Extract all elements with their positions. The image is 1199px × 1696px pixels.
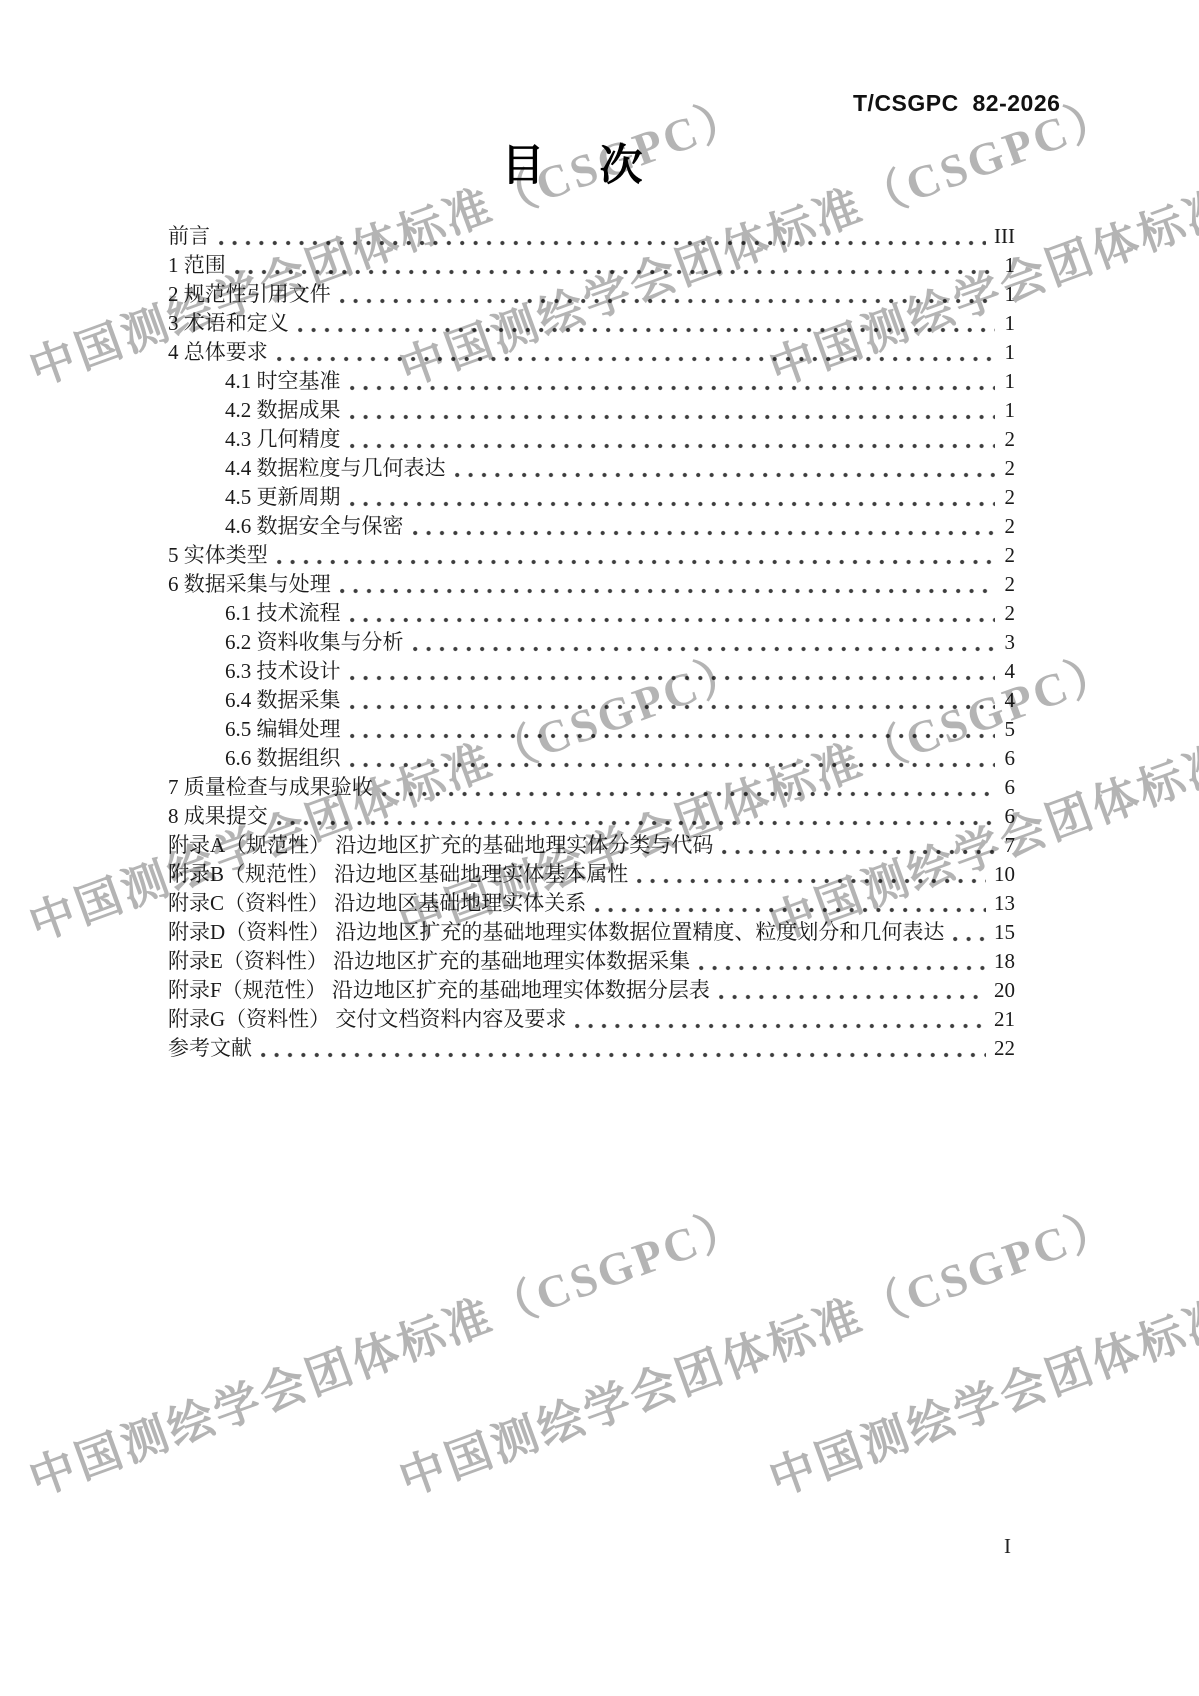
- toc-entry-page: 21: [994, 1005, 1015, 1034]
- dot-leader: [595, 889, 986, 918]
- toc-entry-page: 2: [1003, 512, 1015, 541]
- toc-entry-label: 4.2 数据成果: [225, 396, 341, 425]
- toc-entry: 附录D（资料性） 沿边地区扩充的基础地理实体数据位置精度、粒度划分和几何表达 1…: [168, 918, 1015, 947]
- dot-leader: [575, 1005, 986, 1034]
- dot-leader: [277, 338, 995, 367]
- toc-entry: 3 术语和定义 1: [168, 309, 1015, 338]
- toc-entry-page: 1: [1003, 396, 1015, 425]
- toc-entry-label: 6.5 编辑处理: [225, 715, 341, 744]
- toc-entry: 6.1 技术流程 2: [168, 599, 1015, 628]
- toc-entry-label: 6.4 数据采集: [225, 686, 341, 715]
- dot-leader: [277, 541, 995, 570]
- toc-entry-label: 6.3 技术设计: [225, 657, 341, 686]
- toc-entry-label: 6.1 技术流程: [225, 599, 341, 628]
- toc-entry-page: 20: [994, 976, 1015, 1005]
- toc-entry-page: 4: [1003, 686, 1015, 715]
- toc-entry: 4.6 数据安全与保密 2: [168, 512, 1015, 541]
- toc-entry-page: 1: [1003, 367, 1015, 396]
- toc-entry-label: 附录F（规范性） 沿边地区扩充的基础地理实体数据分层表: [168, 976, 710, 1005]
- standard-code: T/CSGPC 82-2026: [853, 90, 1060, 117]
- toc-entry-page: 1: [1003, 338, 1015, 367]
- toc-entry-page: 2: [1003, 425, 1015, 454]
- toc-entry-page: 2: [1003, 454, 1015, 483]
- toc-entry-page: III: [994, 222, 1015, 251]
- toc-entry: 6.3 技术设计 4: [168, 657, 1015, 686]
- dot-leader: [350, 425, 996, 454]
- toc-entry: 附录A（规范性） 沿边地区扩充的基础地理实体分类与代码 7: [168, 831, 1015, 860]
- toc-entry-label: 2 规范性引用文件: [168, 280, 331, 309]
- dot-leader: [382, 773, 995, 802]
- toc-entry-label: 附录A（规范性） 沿边地区扩充的基础地理实体分类与代码: [168, 831, 713, 860]
- toc-entry-label: 4.3 几何精度: [225, 425, 341, 454]
- toc-entry-page: 2: [1003, 570, 1015, 599]
- toc-entry: 8 成果提交 6: [168, 802, 1015, 831]
- watermark-text: 中国测绘学会团体标准（CSGPC）: [759, 1187, 1199, 1509]
- dot-leader: [350, 599, 996, 628]
- toc-entry-label: 4.1 时空基准: [225, 367, 341, 396]
- toc-entry-page: 6: [1003, 773, 1015, 802]
- toc-entry-page: 18: [994, 947, 1015, 976]
- toc-entry: 4.4 数据粒度与几何表达 2: [168, 454, 1015, 483]
- toc-entry: 附录G（资料性） 交付文档资料内容及要求 21: [168, 1005, 1015, 1034]
- dot-leader: [340, 280, 995, 309]
- toc-entry-label: 参考文献: [168, 1034, 252, 1063]
- toc-entry-label: 附录D（资料性） 沿边地区扩充的基础地理实体数据位置精度、粒度划分和几何表达: [168, 918, 944, 947]
- toc-entry-page: 2: [1003, 541, 1015, 570]
- toc-entry-label: 6.6 数据组织: [225, 744, 341, 773]
- dot-leader: [350, 686, 996, 715]
- toc-entry: 4.2 数据成果 1: [168, 396, 1015, 425]
- toc-entry: 5 实体类型 2: [168, 541, 1015, 570]
- page-title: 目 次: [0, 132, 1150, 193]
- dot-leader: [413, 512, 996, 541]
- toc-entry-page: 1: [1003, 251, 1015, 280]
- dot-leader: [350, 657, 996, 686]
- toc-entry-page: 15: [994, 918, 1015, 947]
- toc-entry-label: 4.5 更新周期: [225, 483, 341, 512]
- toc-entry-label: 附录G（资料性） 交付文档资料内容及要求: [168, 1005, 566, 1034]
- dot-leader: [340, 570, 995, 599]
- watermark-text: 中国测绘学会团体标准（CSGPC）: [389, 1187, 1125, 1509]
- toc-entry-label: 5 实体类型: [168, 541, 268, 570]
- toc-entry-page: 6: [1003, 744, 1015, 773]
- toc-entry-page: 22: [994, 1034, 1015, 1063]
- dot-leader: [350, 483, 996, 512]
- dot-leader: [350, 744, 996, 773]
- dot-leader: [455, 454, 996, 483]
- toc-entry: 4 总体要求 1: [168, 338, 1015, 367]
- toc-entry-label: 附录B（规范性） 沿边地区基础地理实体基本属性: [168, 860, 628, 889]
- toc-entry-page: 2: [1003, 599, 1015, 628]
- dot-leader: [719, 976, 986, 1005]
- toc-entry-page: 2: [1003, 483, 1015, 512]
- toc-entry: 2 规范性引用文件 1: [168, 280, 1015, 309]
- toc-entry-label: 7 质量检查与成果验收: [168, 773, 373, 802]
- dot-leader: [722, 831, 995, 860]
- dot-leader: [350, 367, 996, 396]
- toc-entry-label: 4.4 数据粒度与几何表达: [225, 454, 446, 483]
- toc-entry-page: 10: [994, 860, 1015, 889]
- dot-leader: [261, 1034, 986, 1063]
- toc-entry: 附录C（资料性） 沿边地区基础地理实体关系 13: [168, 889, 1015, 918]
- toc-entry-page: 5: [1003, 715, 1015, 744]
- dot-leader: [277, 802, 995, 831]
- dot-leader: [413, 628, 996, 657]
- watermark-text: 中国测绘学会团体标准（CSGPC）: [19, 1187, 755, 1509]
- toc-entry: 6 数据采集与处理 2: [168, 570, 1015, 599]
- toc-entry-page: 13: [994, 889, 1015, 918]
- toc-entry: 6.5 编辑处理 5: [168, 715, 1015, 744]
- dot-leader: [350, 396, 996, 425]
- toc-entry: 参考文献 22: [168, 1034, 1015, 1063]
- toc-entry-label: 附录C（资料性） 沿边地区基础地理实体关系: [168, 889, 586, 918]
- toc-entry: 6.2 资料收集与分析 3: [168, 628, 1015, 657]
- toc-entry-label: 4 总体要求: [168, 338, 268, 367]
- dot-leader: [953, 918, 986, 947]
- toc-entry: 4.1 时空基准 1: [168, 367, 1015, 396]
- dot-leader: [350, 715, 996, 744]
- dot-leader: [699, 947, 986, 976]
- toc-entry-page: 7: [1003, 831, 1015, 860]
- toc-entry-page: 3: [1003, 628, 1015, 657]
- dot-leader: [235, 251, 995, 280]
- toc-entry-label: 6 数据采集与处理: [168, 570, 331, 599]
- dot-leader: [637, 860, 986, 889]
- toc-entry-page: 1: [1003, 280, 1015, 309]
- toc-entry-label: 4.6 数据安全与保密: [225, 512, 404, 541]
- dot-leader: [298, 309, 995, 338]
- document-page: T/CSGPC 82-2026 目 次 前言 III 1 范围 1 2 规范性引…: [0, 0, 1199, 1696]
- toc-entry: 附录B（规范性） 沿边地区基础地理实体基本属性 10: [168, 860, 1015, 889]
- toc-entry-label: 附录E（资料性） 沿边地区扩充的基础地理实体数据采集: [168, 947, 690, 976]
- toc-entry-page: 6: [1003, 802, 1015, 831]
- toc-entry: 4.3 几何精度 2: [168, 425, 1015, 454]
- toc-entry: 附录F（规范性） 沿边地区扩充的基础地理实体数据分层表 20: [168, 976, 1015, 1005]
- toc-entry-label: 1 范围: [168, 251, 226, 280]
- toc-entry: 6.6 数据组织 6: [168, 744, 1015, 773]
- footer-page-number: I: [1004, 1534, 1011, 1559]
- table-of-contents: 前言 III 1 范围 1 2 规范性引用文件 1 3 术语和定义 1 4 总体…: [168, 222, 1015, 1063]
- toc-entry-label: 6.2 资料收集与分析: [225, 628, 404, 657]
- toc-entry-label: 3 术语和定义: [168, 309, 289, 338]
- toc-entry: 6.4 数据采集 4: [168, 686, 1015, 715]
- toc-entry-label: 8 成果提交: [168, 802, 268, 831]
- toc-entry-page: 1: [1003, 309, 1015, 338]
- dot-leader: [219, 222, 986, 251]
- toc-entry: 7 质量检查与成果验收 6: [168, 773, 1015, 802]
- toc-entry: 附录E（资料性） 沿边地区扩充的基础地理实体数据采集 18: [168, 947, 1015, 976]
- toc-entry: 前言 III: [168, 222, 1015, 251]
- toc-entry: 1 范围 1: [168, 251, 1015, 280]
- toc-entry-label: 前言: [168, 222, 210, 251]
- toc-entry: 4.5 更新周期 2: [168, 483, 1015, 512]
- toc-entry-page: 4: [1003, 657, 1015, 686]
